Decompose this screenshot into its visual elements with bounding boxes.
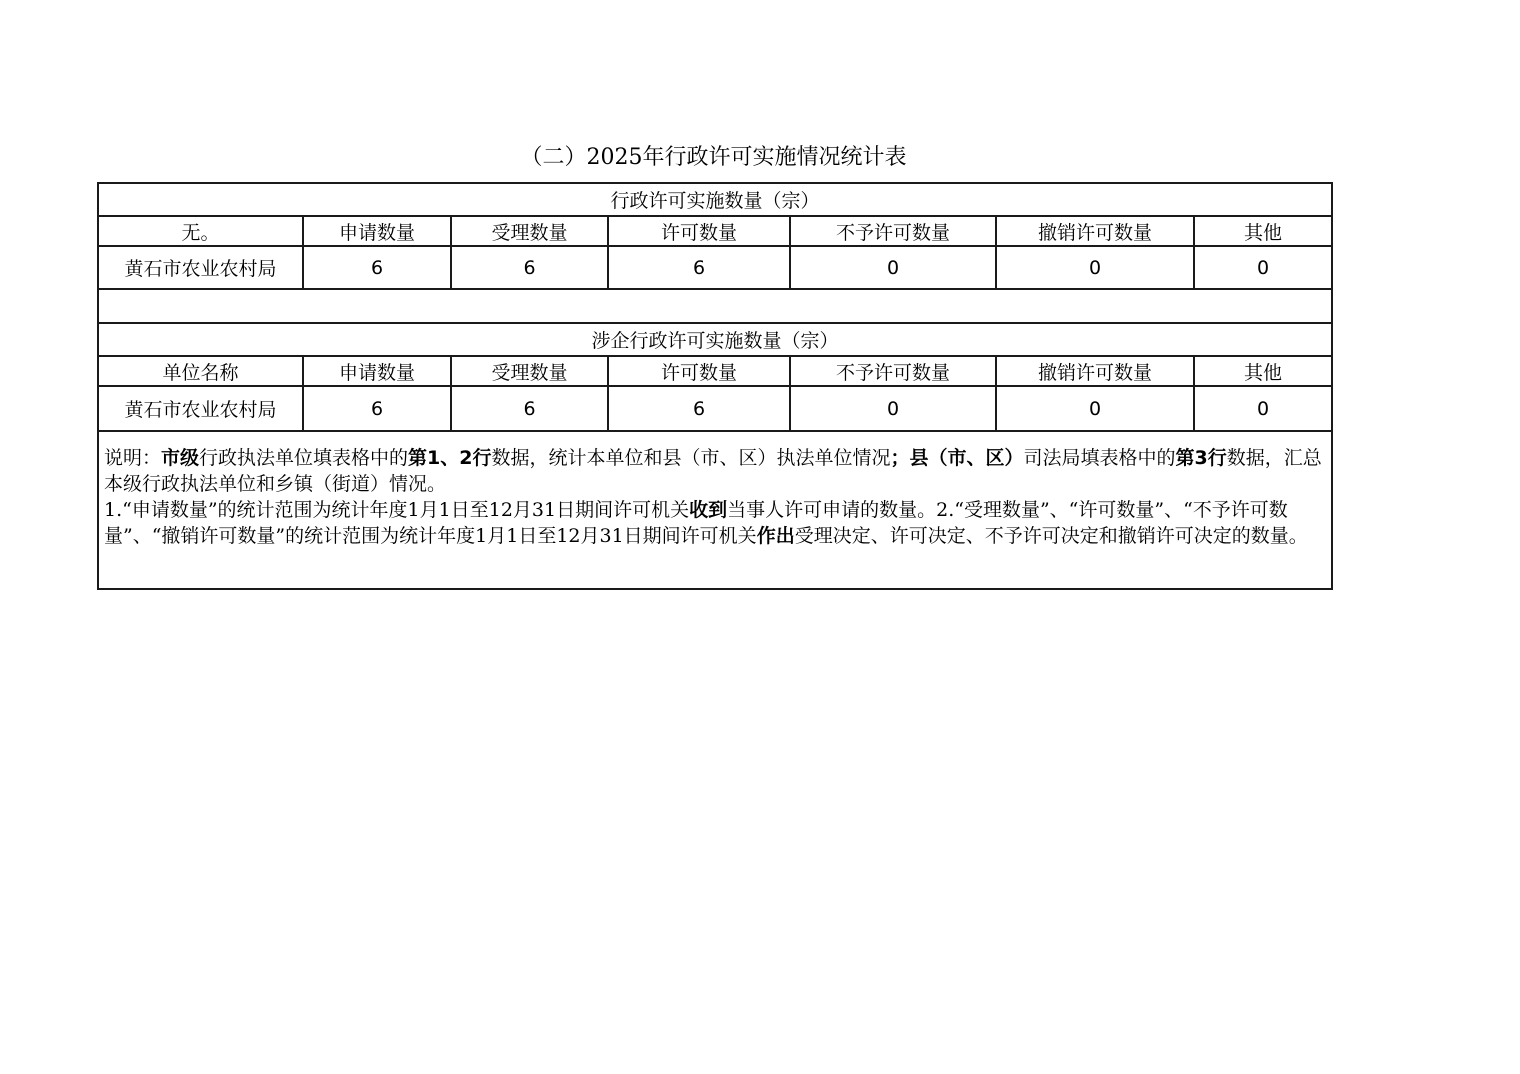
column-header: 撤销许可数量 <box>996 216 1194 246</box>
section-header-row: 行政许可实施数量（宗） <box>98 183 1332 216</box>
column-header-row: 无。 申请数量 受理数量 许可数量 不予许可数量 撤销许可数量 其他 <box>98 216 1332 246</box>
note-emphasis: 第3行 <box>1176 447 1227 469</box>
note-text: 数据，统计本单位和县（市、区）执法单位情况 <box>492 447 891 469</box>
table-row: 黄石市农业农村局 6 6 6 0 0 0 <box>98 246 1332 289</box>
note-text: 说明： <box>104 447 161 469</box>
note-text: 司法局填表格中的 <box>1024 447 1176 469</box>
note-text: 行政执法单位填表格中的 <box>199 447 408 469</box>
notes-row: 说明：市级行政执法单位填表格中的第1、2行数据，统计本单位和县（市、区）执法单位… <box>98 431 1332 589</box>
page-title: （二）2025年行政许可实施情况统计表 <box>0 142 1427 174</box>
column-header: 申请数量 <box>303 216 451 246</box>
column-header: 许可数量 <box>608 216 790 246</box>
section-title-enterprise-permits: 涉企行政许可实施数量（宗） <box>98 323 1332 356</box>
note-emphasis: 作出 <box>757 525 795 547</box>
denied-count-cell: 0 <box>790 386 996 431</box>
other-count-cell: 0 <box>1194 246 1332 289</box>
column-header: 受理数量 <box>451 356 608 386</box>
accepted-count-cell: 6 <box>451 386 608 431</box>
note-paragraph-1: 说明：市级行政执法单位填表格中的第1、2行数据，统计本单位和县（市、区）执法单位… <box>104 445 1325 497</box>
revoked-count-cell: 0 <box>996 246 1194 289</box>
section-title-permits: 行政许可实施数量（宗） <box>98 183 1332 216</box>
permit-statistics-table: 行政许可实施数量（宗） 无。 申请数量 受理数量 许可数量 不予许可数量 撤销许… <box>97 182 1333 590</box>
unit-name-cell: 黄石市农业农村局 <box>98 386 303 431</box>
column-header: 其他 <box>1194 356 1332 386</box>
revoked-count-cell: 0 <box>996 386 1194 431</box>
note-emphasis: 收到 <box>689 499 727 521</box>
note-emphasis: 第1、2行 <box>408 447 491 469</box>
blank-cell <box>98 289 1332 323</box>
unit-name-cell: 黄石市农业农村局 <box>98 246 303 289</box>
note-emphasis: ；县（市、区） <box>891 447 1024 469</box>
blank-row <box>98 289 1332 323</box>
other-count-cell: 0 <box>1194 386 1332 431</box>
section-header-row: 涉企行政许可实施数量（宗） <box>98 323 1332 356</box>
denied-count-cell: 0 <box>790 246 996 289</box>
column-header: 单位名称 <box>98 356 303 386</box>
note-text: 受理决定、许可决定、不予许可决定和撤销许可决定的数量。 <box>795 525 1308 547</box>
column-header: 其他 <box>1194 216 1332 246</box>
notes-cell: 说明：市级行政执法单位填表格中的第1、2行数据，统计本单位和县（市、区）执法单位… <box>98 431 1332 589</box>
column-header: 申请数量 <box>303 356 451 386</box>
table-row: 黄石市农业农村局 6 6 6 0 0 0 <box>98 386 1332 431</box>
column-header-row: 单位名称 申请数量 受理数量 许可数量 不予许可数量 撤销许可数量 其他 <box>98 356 1332 386</box>
note-paragraph-2: 1.“申请数量”的统计范围为统计年度1月1日至12月31日期间许可机关收到当事人… <box>104 497 1325 549</box>
column-header: 受理数量 <box>451 216 608 246</box>
column-header: 不予许可数量 <box>790 356 996 386</box>
column-header: 无。 <box>98 216 303 246</box>
permitted-count-cell: 6 <box>608 386 790 431</box>
application-count-cell: 6 <box>303 246 451 289</box>
column-header: 许可数量 <box>608 356 790 386</box>
column-header: 不予许可数量 <box>790 216 996 246</box>
note-emphasis: 市级 <box>161 447 199 469</box>
column-header: 撤销许可数量 <box>996 356 1194 386</box>
accepted-count-cell: 6 <box>451 246 608 289</box>
note-text: 1.“申请数量”的统计范围为统计年度1月1日至12月31日期间许可机关 <box>104 499 689 521</box>
permitted-count-cell: 6 <box>608 246 790 289</box>
application-count-cell: 6 <box>303 386 451 431</box>
